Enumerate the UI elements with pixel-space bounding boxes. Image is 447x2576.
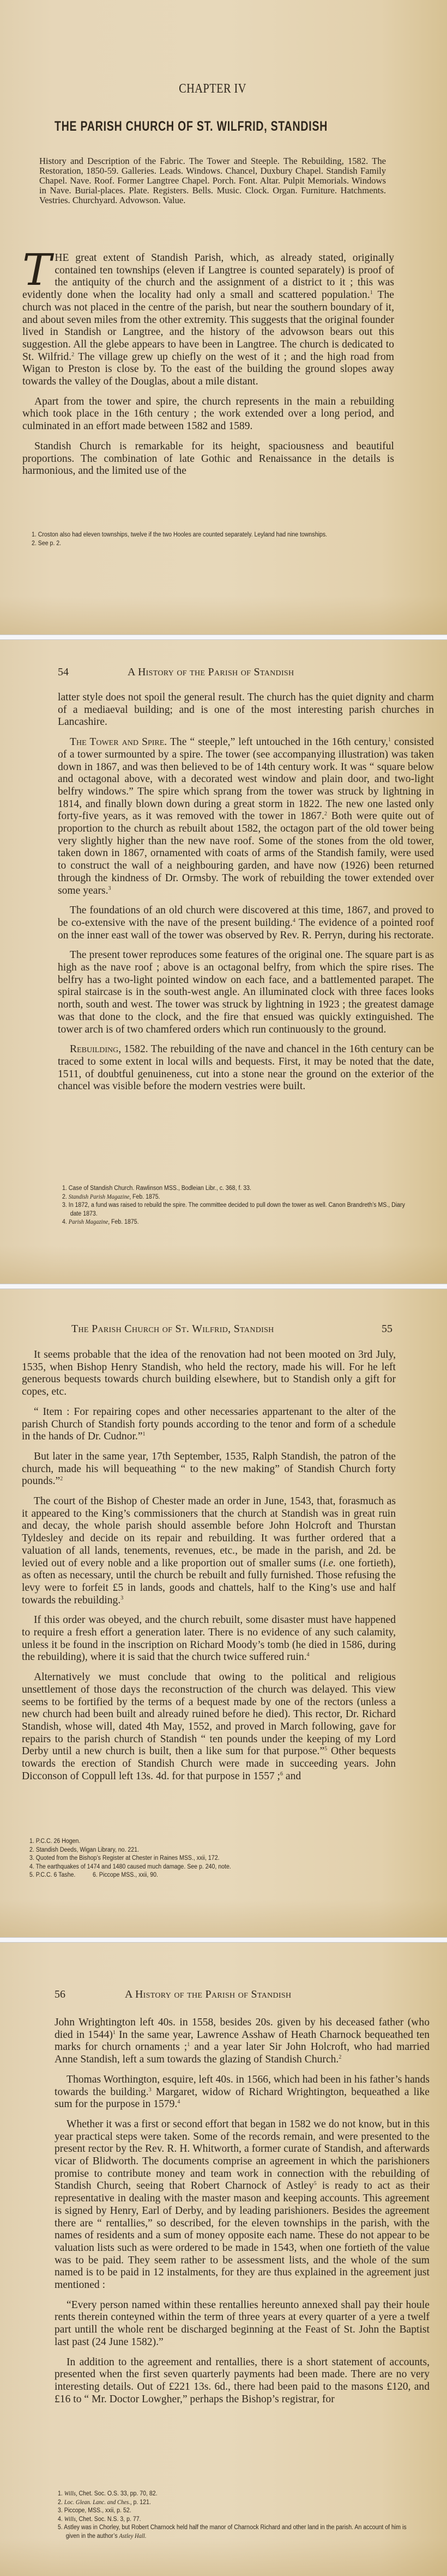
- running-title: A History of the Parish of Standish: [125, 1988, 291, 2001]
- running-title: The Parish Church of St. Wilfrid, Standi…: [71, 1323, 274, 1335]
- footnote: 4. The earthquakes of 1474 and 1480 caus…: [29, 1863, 376, 1872]
- paragraph: Whether it was a first or second effort …: [55, 2119, 430, 2292]
- footnote: 2. Loc. Glean. Lanc. and Ches., p. 121.: [58, 2499, 409, 2507]
- paragraph: Apart from the tower and spire, the chur…: [22, 396, 394, 433]
- paragraph: Rebuilding, 1582. The rebuilding of the …: [58, 1043, 434, 1093]
- paragraph: THE great extent of Standish Parish, whi…: [22, 252, 394, 388]
- footnotes: 1. P.C.C. 26 Hogen. 2. Standish Deeds, W…: [29, 1838, 376, 1880]
- paragraph: “Every person named within these rentall…: [55, 2299, 430, 2349]
- page-body: latter style does not spoil the general …: [58, 692, 434, 1101]
- footnote: 1. Croston also had eleven townships, tw…: [32, 531, 378, 540]
- quotation: “ Item : For repairing copes and other n…: [22, 1406, 396, 1442]
- paragraph: It seems probable that the idea of the r…: [22, 1349, 396, 1399]
- paragraph: Thomas Worthington, esquire, left 40s. i…: [55, 2074, 430, 2111]
- paragraph: The court of the Bishop of Chester made …: [22, 1495, 396, 1607]
- paragraph: The foundations of an old church were di…: [58, 905, 434, 942]
- chapter-title: THE PARISH CHURCH OF ST. WILFRID, STANDI…: [55, 119, 328, 135]
- footnotes: 1. Wills, Chet. Soc. O.S. 33, pp. 70, 82…: [58, 2490, 409, 2541]
- drop-cap: T: [22, 253, 51, 287]
- paragraph: If this order was obeyed, and the church…: [22, 1614, 396, 1664]
- footnote: 3. In 1872, a fund was raised to rebuild…: [62, 1201, 408, 1218]
- paragraph: John Wrightington left 40s. in 1558, bes…: [55, 2017, 430, 2066]
- page-body: John Wrightington left 40s. in 1558, bes…: [55, 2017, 430, 2413]
- footnote: 5. Astley was in Chorley, but Robert Cha…: [58, 2524, 409, 2541]
- page-number: 55: [382, 1323, 392, 1335]
- paragraph: latter style does not spoil the general …: [58, 692, 434, 729]
- footnote: 2. Standish Parish Magazine, Feb. 1875.: [62, 1193, 408, 1202]
- running-title: A History of the Parish of Standish: [128, 666, 294, 679]
- paragraph: The present tower reproduces some featur…: [58, 949, 434, 1036]
- footnote: 1. Wills, Chet. Soc. O.S. 33, pp. 70, 82…: [58, 2490, 409, 2499]
- paragraph: “ Item : For repairing copes and other n…: [22, 1406, 396, 1443]
- chapter-number: CHAPTER IV: [32, 82, 394, 96]
- book-page-55: The Parish Church of St. Wilfrid, Standi…: [0, 1289, 447, 1937]
- footnote: 4. Wills, Chet. Soc. N.S. 3, p. 77.: [58, 2516, 409, 2524]
- page-body: It seems probable that the idea of the r…: [22, 1349, 396, 1791]
- footnote: 4. Parish Magazine, Feb. 1875.: [62, 1218, 408, 1227]
- footnote: 2. Standish Deeds, Wigan Library, no. 22…: [29, 1846, 376, 1855]
- section-heading: Rebuilding, 1582.: [70, 1043, 148, 1055]
- paragraph: But later in the same year, 17th Septemb…: [22, 1451, 396, 1488]
- book-page-56: 56 A History of the Parish of Standish J…: [0, 1943, 447, 2576]
- page-body: THE great extent of Standish Parish, whi…: [22, 252, 394, 481]
- book-page-54: 54 A History of the Parish of Standish l…: [0, 640, 447, 1284]
- footnotes: 1. Case of Standish Church. Rawlinson MS…: [62, 1185, 408, 1227]
- footnote: 2. See p. 2.: [32, 540, 378, 548]
- paragraph: Alternatively we must conclude that owin…: [22, 1671, 396, 1783]
- paragraph: Standish Church is remarkable for its he…: [22, 441, 394, 478]
- page-separator: [0, 634, 447, 640]
- page-separator: [0, 1937, 447, 1943]
- page-number: 54: [58, 666, 69, 679]
- section-heading: The Tower and Spire.: [70, 736, 167, 748]
- footnote: 5. P.C.C. 6 Tashe. 6. Piccope MSS., xxii…: [29, 1871, 376, 1880]
- footnote: 3. Piccope, MSS., xxii, p. 52.: [58, 2507, 409, 2516]
- chapter-synopsis: History and Description of the Fabric. T…: [39, 156, 386, 205]
- book-page-chapter-opening: CHAPTER IV THE PARISH CHURCH OF ST. WILF…: [0, 0, 447, 634]
- footnote: 1. Case of Standish Church. Rawlinson MS…: [62, 1185, 408, 1193]
- paragraph: In addition to the agreement and rentall…: [55, 2357, 430, 2406]
- footnote: 3. Quoted from the Bishop’s Register at …: [29, 1854, 376, 1863]
- footnote: 1. P.C.C. 26 Hogen.: [29, 1838, 376, 1846]
- footnotes: 1. Croston also had eleven townships, tw…: [32, 531, 378, 548]
- page-separator: [0, 1284, 447, 1289]
- paragraph: The Tower and Spire. The “ steeple,” lef…: [58, 736, 434, 897]
- page-number: 56: [55, 1988, 65, 2001]
